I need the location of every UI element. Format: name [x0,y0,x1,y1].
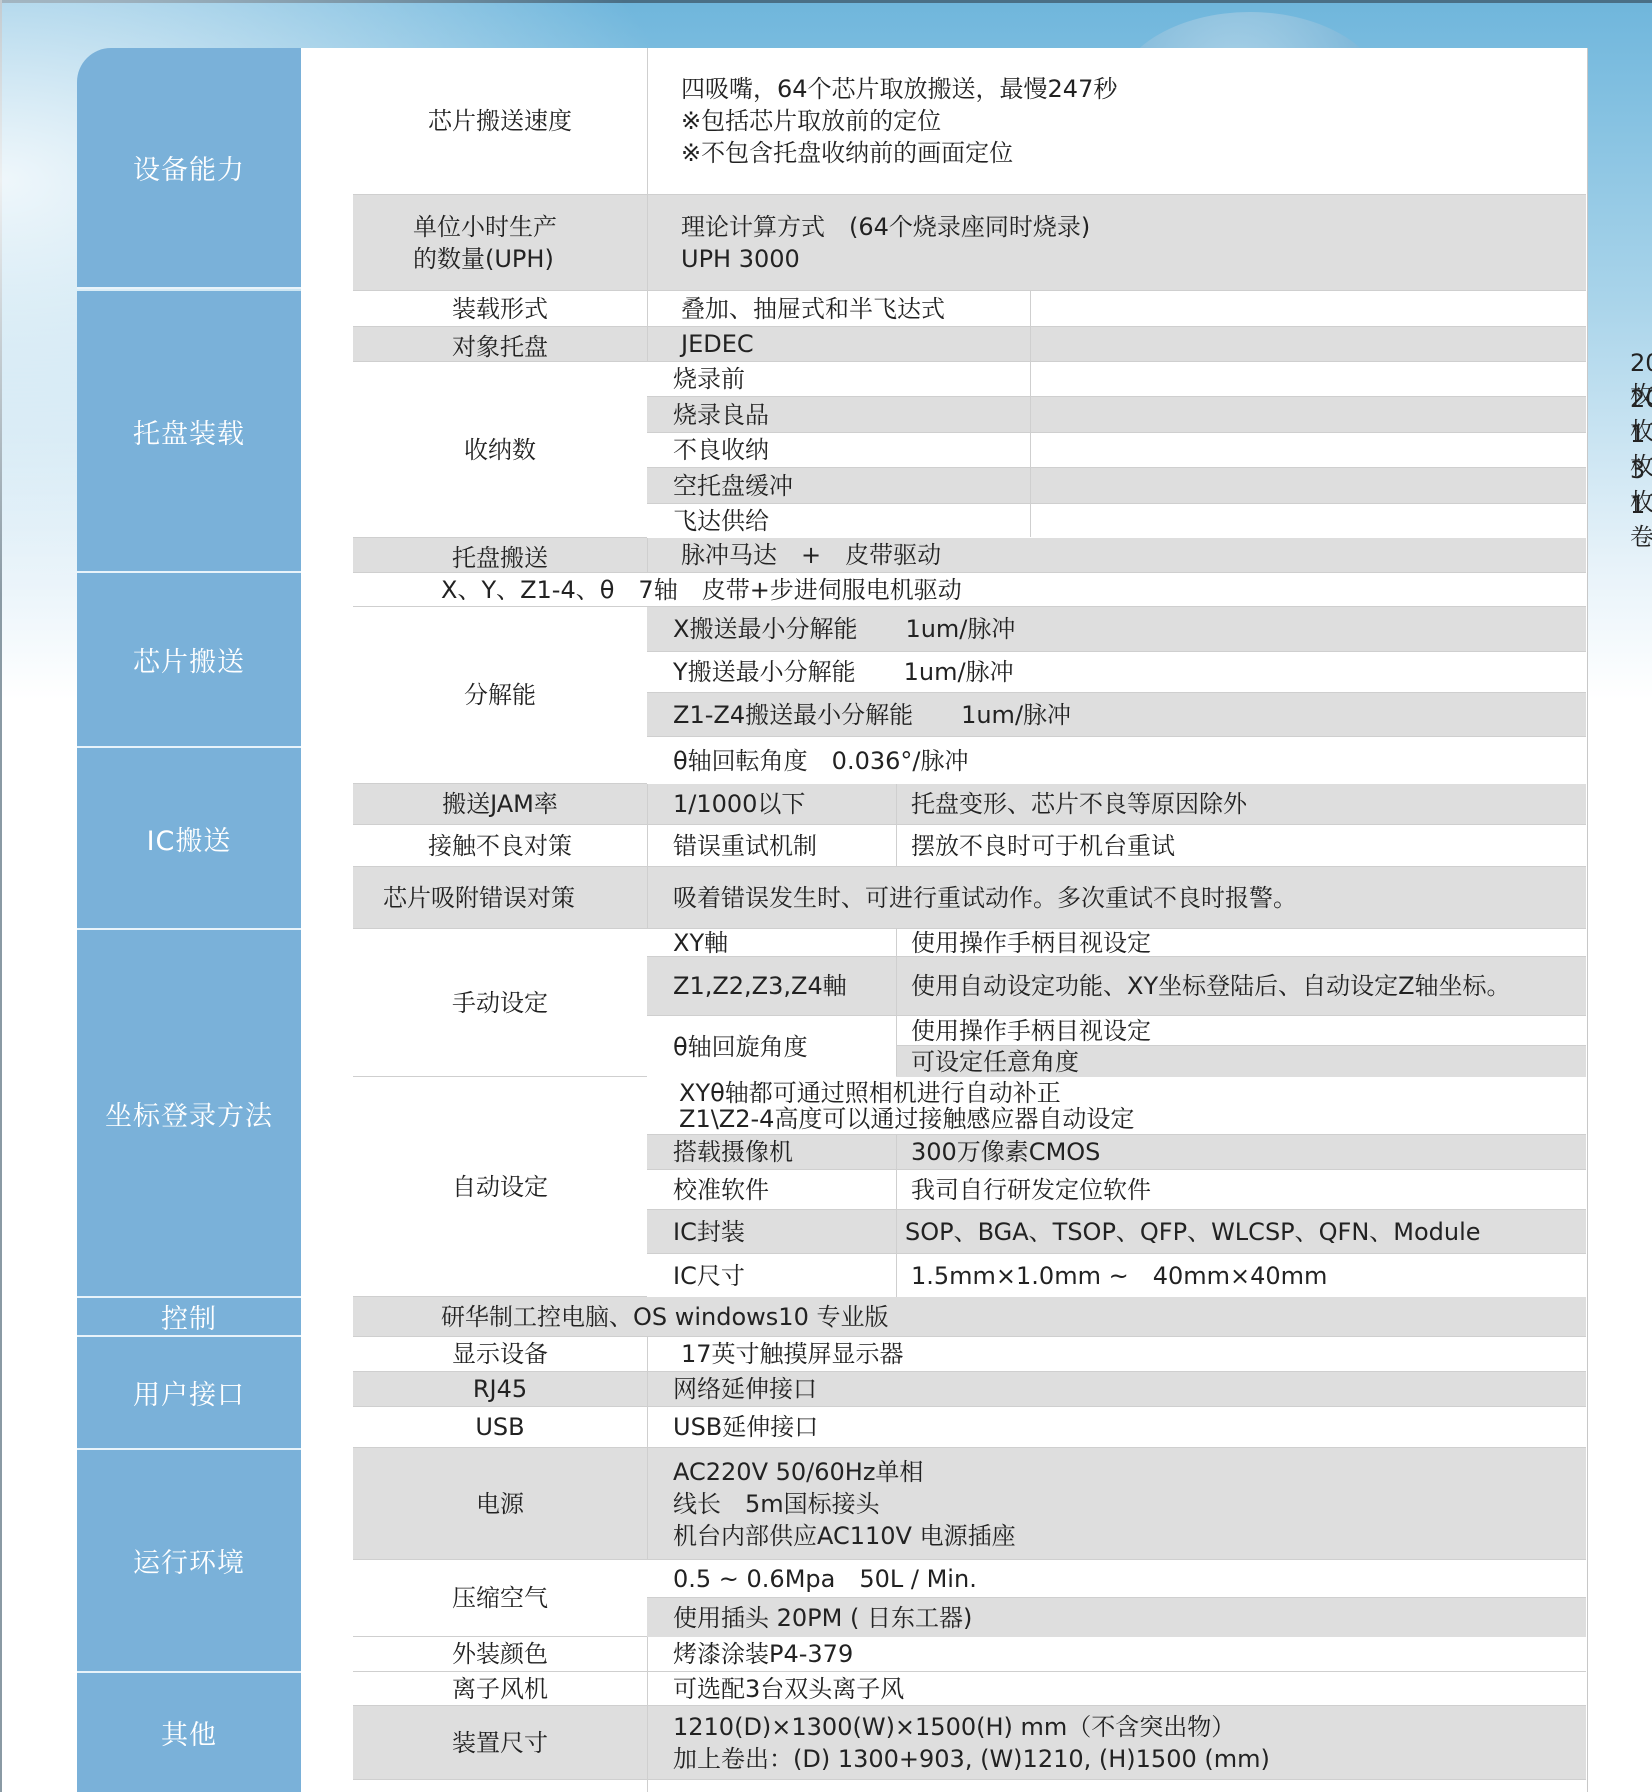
capacity-value: 1卷 [1630,504,1652,538]
item-name: IC尺寸 [673,1254,745,1297]
row-label: 搬送JAM率 [353,784,647,824]
auto-item: IC尺寸 1.5mm×1.0mm ~ 40mm×40mm [647,1254,1586,1297]
row-value: 网络延伸接口 [673,1372,817,1406]
axis-value: 使用操作手柄目视设定 [911,1016,1151,1045]
row-value: 理论计算方式 (64个烧录座同时烧录) UPH 3000 [681,195,1586,290]
row-compressed-air: 压缩空气 0.5 ~ 0.6Mpa 50L / Min. 使用插头 20PM (… [353,1560,1586,1637]
divider [1030,291,1031,326]
row-contact: 接触不良对策 错误重试机制 摆放不良时可于机台重试 [353,825,1586,867]
value-line: AC220V 50/60Hz单相 [673,1456,923,1488]
divider [647,1337,648,1371]
category-coordinate-method: 坐标登录方法 [77,930,301,1298]
divider [1030,327,1031,361]
row-value: 17英寸触摸屏显示器 [681,1337,904,1371]
value-line: 四吸嘴，64个芯片取放搬送，最慢247秒 [681,73,1117,105]
row-value: X、Y、Z1-4、θ 7轴 皮带+步进伺服电机驱动 [441,573,962,606]
row-rj45: RJ45 网络延伸接口 [353,1372,1586,1407]
auto-line: Z1\Z2-4高度可以通过接触感应器自动设定 [679,1106,1134,1132]
row-note: 托盘变形、芯片不良等原因除外 [911,784,1247,824]
capacity-item: 不良收纳 1枚 [647,433,1586,468]
resolution-item: θ轴回転角度 0.036°/脉冲 [647,737,1586,784]
divider [896,929,897,1076]
category-control: 控制 [77,1298,301,1337]
label-line: 单位小时生产 [413,211,557,243]
row-load-type: 装载形式 叠加、抽屉式和半飞达式 [353,291,1586,327]
item-value: SOP、BGA、TSOP、QFP、WLCSP、QFN、Module [905,1210,1481,1253]
resolution-item: Y搬送最小分解能 1um/脉冲 [647,652,1586,693]
theta-value-2: 可设定任意角度 [896,1046,1586,1077]
row-label: 显示设备 [353,1337,647,1371]
row-label: 接触不良对策 [353,825,647,866]
category-chip-transport: 芯片搬送 [77,573,301,748]
row-label: 手动设定 [353,929,647,1076]
value-line: 理论计算方式 (64个烧录座同时烧录) [681,211,1090,243]
resolution-text: θ轴回転角度 0.036°/脉冲 [673,737,968,784]
row-label: 外装颜色 [353,1637,647,1671]
air-line: 0.5 ~ 0.6Mpa 50L / Min. [647,1560,1586,1598]
value-line: 1210(D)×1300(W)×1500(H) mm（不含突出物） [673,1711,1235,1743]
row-value: 脉冲马达 + 皮带驱动 [681,538,941,572]
row-usb: USB USB延伸接口 [353,1407,1586,1448]
value-line: ※不包含托盘收纳前的画面定位 [681,137,1013,169]
divider [896,1254,897,1297]
row-label: 自动设定 [353,1077,647,1296]
row-axes: X、Y、Z1-4、θ 7轴 皮带+步进伺服电机驱动 [353,573,1586,607]
row-value: 错误重试机制 [673,825,817,866]
item-name: 校准软件 [673,1170,769,1209]
divider [1030,362,1031,537]
row-note: 摆放不良时可于机台重试 [911,825,1175,866]
row-tray-transport: 托盘搬送 脉冲马达 + 皮带驱动 [353,538,1586,573]
resolution-item: Z1-Z4搬送最小分解能 1um/脉冲 [647,693,1586,737]
row-value: 叠加、抽屉式和半飞达式 [681,291,945,326]
divider [896,1210,897,1253]
row-value: JEDEC [681,327,754,361]
row-value: USB延伸接口 [673,1407,818,1447]
divider [647,1780,648,1792]
row-value: AC220V 50/60Hz单相 线长 5m国标接头 机台内部供应AC110V … [673,1448,1016,1559]
value-line: 机台内部供应AC110V 电源插座 [673,1520,1016,1552]
row-value: 1/1000以下 [673,784,805,824]
capacity-item: 烧录良品 20枚 [647,397,1586,433]
auto-item: 搭载摄像机 300万像素CMOS [647,1135,1586,1170]
item-value: 我司自行研发定位软件 [911,1170,1151,1209]
divider [647,784,648,824]
divider [647,1372,648,1406]
row-value: 烤漆涂装P4-379 [673,1637,853,1671]
resolution-text: Z1-Z4搬送最小分解能 1um/脉冲 [673,693,1071,736]
row-control: 研华制工控电脑、OS windows10 专业版 [353,1297,1586,1337]
category-other: 其他 [77,1673,301,1792]
row-exterior-color: 外装颜色 烤漆涂装P4-379 [353,1637,1586,1672]
manual-xy: XY軸 使用操作手柄目视设定 [647,929,1586,957]
row-auto-setting: 自动设定 XYθ轴都可通过照相机进行自动补正 Z1\Z2-4高度可以通过接触感应… [353,1077,1586,1297]
row-label: 压缩空气 [353,1560,647,1636]
category-ic-transport: IC搬送 [77,748,301,930]
divider [647,1448,648,1559]
divider [647,1672,648,1705]
capacity-name: 烧录前 [673,362,745,396]
row-value: 可选配3台双头离子风 [673,1672,904,1705]
manual-theta: θ轴回旋角度 使用操作手柄目视设定 可设定任意角度 [647,1016,1586,1077]
row-value: 1210(D)×1300(W)×1500(H) mm（不含突出物） 加上卷出：(… [673,1706,1270,1779]
row-label: 芯片吸附错误对策 [353,867,647,928]
row-label: 收纳数 [353,362,647,537]
capacity-name: 空托盘缓冲 [673,468,793,503]
row-size: 装置尺寸 1210(D)×1300(W)×1500(H) mm（不含突出物） 加… [353,1706,1586,1780]
theta-value-1: 使用操作手柄目视设定 [896,1016,1586,1046]
auto-item: IC封装 SOP、BGA、TSOP、QFP、WLCSP、QFN、Module [647,1210,1586,1254]
divider [896,784,897,824]
row-manual-setting: 手动设定 XY軸 使用操作手柄目视设定 Z1,Z2,Z3,Z4軸 使用自动设定功… [353,929,1586,1077]
row-label: 对象托盘 [353,327,647,361]
divider [647,825,648,866]
capacity-name: 不良收纳 [673,433,769,467]
axis-value: 可设定任意角度 [911,1046,1079,1077]
value-line: ※包括芯片取放前的定位 [681,105,941,137]
resolution-item: X搬送最小分解能 1um/脉冲 [647,607,1586,652]
item-value: 300万像素CMOS [911,1135,1100,1169]
resolution-text: Y搬送最小分解能 1um/脉冲 [673,652,1014,692]
category-environment: 运行环境 [77,1450,301,1673]
axis-value: 使用自动设定功能、XY坐标登陆后、自动设定Z轴坐标。 [911,957,1511,1015]
row-trailing [353,1780,1586,1792]
air-line: 使用插头 20PM ( 日东工器) [647,1598,1586,1637]
capacity-name: 烧录良品 [673,397,769,432]
divider [647,538,648,572]
axis-value: 使用操作手柄目视设定 [911,929,1151,956]
auto-description: XYθ轴都可通过照相机进行自动补正 Z1\Z2-4高度可以通过接触感应器自动设定 [647,1077,1586,1135]
divider [896,1135,897,1169]
divider [647,327,648,361]
row-label: 离子风机 [353,1672,647,1705]
value-line: 加上卷出：(D) 1300+903, (W)1210, (H)1500 (mm) [673,1743,1270,1775]
row-suction: 芯片吸附错误对策 吸着错误发生时、可进行重试动作。多次重试不良时报警。 [353,867,1586,929]
row-target-tray: 对象托盘 JEDEC [353,327,1586,362]
row-chip-speed: 芯片搬送速度 四吸嘴，64个芯片取放搬送，最慢247秒 ※包括芯片取放前的定位 … [353,48,1586,195]
item-name: IC封装 [673,1210,745,1253]
category-device-capability: 设备能力 [77,48,301,289]
row-jam-rate: 搬送JAM率 1/1000以下 托盘变形、芯片不良等原因除外 [353,784,1586,825]
row-power: 电源 AC220V 50/60Hz单相 线长 5m国标接头 机台内部供应AC11… [353,1448,1586,1560]
row-label: USB [353,1407,647,1447]
divider [647,48,648,194]
label-line: 的数量(UPH) [413,243,554,275]
row-ionizer: 离子风机 可选配3台双头离子风 [353,1672,1586,1706]
auto-line: XYθ轴都可通过照相机进行自动补正 [679,1080,1061,1106]
category-user-interface: 用户接口 [77,1337,301,1450]
divider [647,1637,648,1671]
capacity-item: 飞达供给 1卷 [647,504,1586,538]
value-line: 0.5 ~ 0.6Mpa 50L / Min. [673,1560,977,1597]
divider [647,291,648,326]
item-name: 搭载摄像机 [673,1135,793,1169]
row-label: 电源 [353,1448,647,1559]
row-label: 单位小时生产 的数量(UPH) [353,195,647,290]
auto-item: 校准软件 我司自行研发定位软件 [647,1170,1586,1210]
axis-name: θ轴回旋角度 [673,1016,808,1077]
axis-name: Z1,Z2,Z3,Z4軸 [673,957,847,1015]
row-capacity: 收纳数 烧录前 20枚 烧录良品 20枚 不良收纳 1枚 空托盘缓冲 3枚 飞达… [353,362,1586,538]
auto-lines: XYθ轴都可通过照相机进行自动补正 Z1\Z2-4高度可以通过接触感应器自动设定 [679,1077,1134,1134]
value-line: UPH 3000 [681,243,800,275]
divider [647,195,648,290]
row-value: 四吸嘴，64个芯片取放搬送，最慢247秒 ※包括芯片取放前的定位 ※不包含托盘收… [681,48,1586,194]
row-value: 吸着错误发生时、可进行重试动作。多次重试不良时报警。 [673,867,1297,928]
category-tray-loading: 托盘装载 [77,291,301,573]
row-label: 托盘搬送 [353,538,647,572]
value-line: 线长 5m国标接头 [673,1488,880,1520]
row-label: 装载形式 [353,291,647,326]
divider [647,1706,648,1779]
axis-name: XY軸 [673,929,728,956]
row-uph: 单位小时生产 的数量(UPH) 理论计算方式 (64个烧录座同时烧录) UPH … [353,195,1586,291]
row-label: 芯片搬送速度 [353,48,647,194]
row-label: 分解能 [353,607,647,783]
divider [647,1407,648,1447]
manual-z: Z1,Z2,Z3,Z4軸 使用自动设定功能、XY坐标登陆后、自动设定Z轴坐标。 [647,957,1586,1016]
resolution-text: X搬送最小分解能 1um/脉冲 [673,607,1015,651]
divider [647,867,648,928]
row-display: 显示设备 17英寸触摸屏显示器 [353,1337,1586,1372]
value-line: 使用插头 20PM ( 日东工器) [673,1598,972,1637]
divider [896,825,897,866]
row-label: RJ45 [353,1372,647,1406]
row-value: 研华制工控电脑、OS windows10 专业版 [441,1297,888,1336]
row-label: 装置尺寸 [353,1706,647,1779]
capacity-item: 空托盘缓冲 3枚 [647,468,1586,504]
capacity-name: 飞达供给 [673,504,769,538]
item-value: 1.5mm×1.0mm ~ 40mm×40mm [911,1254,1327,1297]
row-resolution: 分解能 X搬送最小分解能 1um/脉冲 Y搬送最小分解能 1um/脉冲 Z1-Z… [353,607,1586,784]
capacity-item: 烧录前 20枚 [647,362,1586,397]
divider [896,1170,897,1209]
